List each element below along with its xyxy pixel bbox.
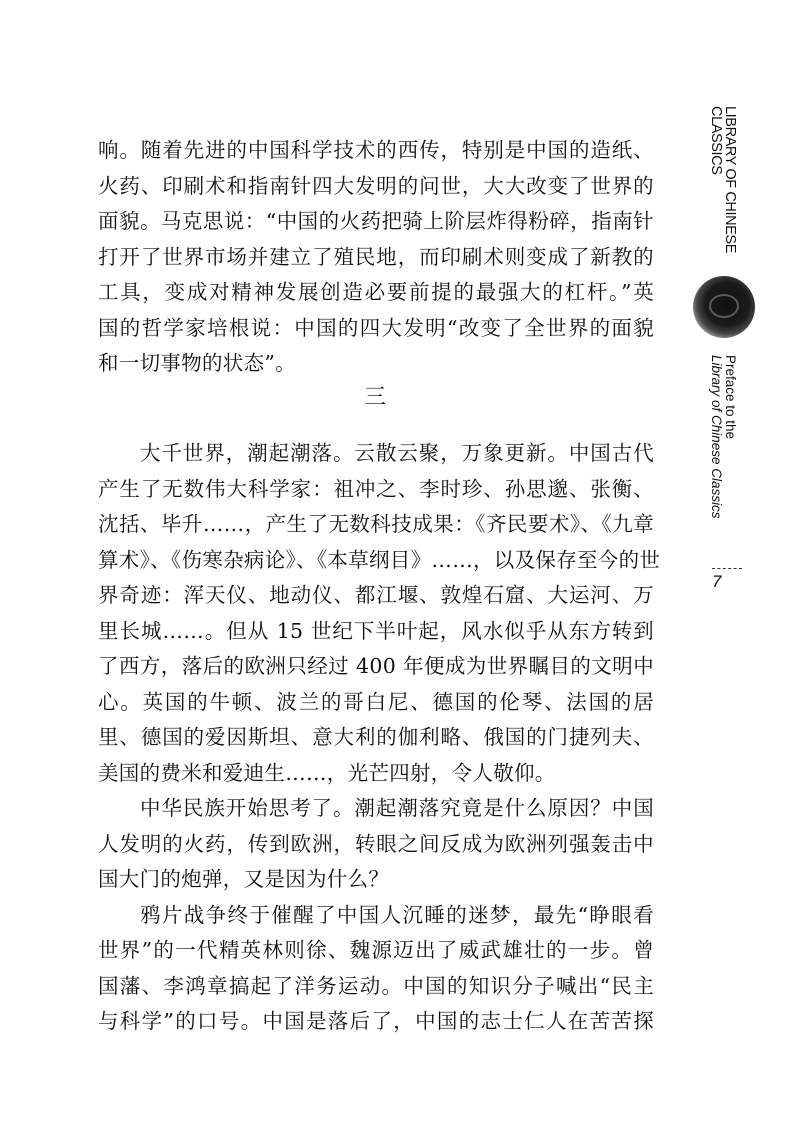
text-line: 产生了无数伟大科学家：祖冲之、李时珍、孙思邈、张衡、 xyxy=(98,472,654,508)
text-line: 和一切事物的状态”。 xyxy=(98,346,654,382)
section-heading: 三 xyxy=(0,381,750,415)
text-line: 大千世界，潮起潮落。云散云聚，万象更新。中国古代 xyxy=(98,436,654,472)
page-number-rule xyxy=(712,568,742,569)
page-number: 7 xyxy=(712,572,721,592)
text-line: 世界”的一代精英林则徐、魏源迈出了威武雄壮的一步。曾 xyxy=(98,933,654,969)
text-line: 中华民族开始思考了。潮起潮落究竟是什么原因？中国 xyxy=(98,791,654,827)
text-line: 打开了世界市场并建立了殖民地，而印刷术则变成了新教的 xyxy=(98,240,654,276)
text-line: 工具，变成对精神发展创造必要前提的最强大的杠杆。”英 xyxy=(98,275,654,311)
text-line: 国藩、李鸿章搞起了洋务运动。中国的知识分子喊出“民主 xyxy=(98,969,654,1005)
text-line: 了西方，落后的欧洲只经过 400 年便成为世界瞩目的文明中 xyxy=(98,649,654,685)
text-line: 沈括、毕升……，产生了无数科技成果：《齐民要术》、《九章 xyxy=(98,507,654,543)
text-line: 与科学”的口号。中国是落后了，中国的志士仁人在苦苦探 xyxy=(98,1004,654,1040)
text-line: 响。随着先进的中国科学技术的西传，特别是中国的造纸、 xyxy=(98,133,654,169)
text-line: 界奇迹：浑天仪、地动仪、都江堰、敦煌石窟、大运河、万 xyxy=(98,578,654,614)
text-line: 鸦片战争终于催醒了中国人沉睡的迷梦，最先“睁眼看 xyxy=(98,898,654,934)
text-line: 美国的费米和爱迪生……，光芒四射，令人敬仰。 xyxy=(98,756,654,792)
section-title-line2: Library of Chinese Classics xyxy=(709,355,724,519)
paragraph-block-1: 响。随着先进的中国科学技术的西传，特别是中国的造纸、 火药、印刷术和指南针四大发… xyxy=(98,133,654,382)
text-line: 里长城……。但从 15 世纪下半叶起，风水似乎从东方转到 xyxy=(98,614,654,650)
series-title-line1: LIBRARY OF CHINESE xyxy=(722,106,738,253)
text-line: 算术》、《伤寒杂病论》、《本草纲目》……，以及保存至今的世 xyxy=(98,543,654,579)
book-page: 响。随着先进的中国科学技术的西传，特别是中国的造纸、 火药、印刷术和指南针四大发… xyxy=(0,0,793,1122)
text-line: 国大门的炮弹，又是因为什么？ xyxy=(98,862,654,898)
paragraph-block-2: 大千世界，潮起潮落。云散云聚，万象更新。中国古代 产生了无数伟大科学家：祖冲之、… xyxy=(98,436,654,1040)
text-line: 人发明的火药，传到欧洲，转眼之间反成为欧洲列强轰击中 xyxy=(98,827,654,863)
text-line: 面貌。马克思说：“中国的火药把骑上阶层炸得粉碎，指南针 xyxy=(98,204,654,240)
text-line: 火药、印刷术和指南针四大发明的问世，大大改变了世界的 xyxy=(98,169,654,205)
text-line: 国的哲学家培根说：中国的四大发明“改变了全世界的面貌 xyxy=(98,311,654,347)
text-line: 里、德国的爱因斯坦、意大利的伽利略、俄国的门捷列夫、 xyxy=(98,720,654,756)
seal-emblem-icon xyxy=(693,276,755,338)
section-title-line1: Preface to the xyxy=(723,355,738,439)
series-title-line2: CLASSICS xyxy=(708,106,724,175)
text-line: 心。英国的牛顿、波兰的哥白尼、德国的伦琴、法国的居 xyxy=(98,685,654,721)
